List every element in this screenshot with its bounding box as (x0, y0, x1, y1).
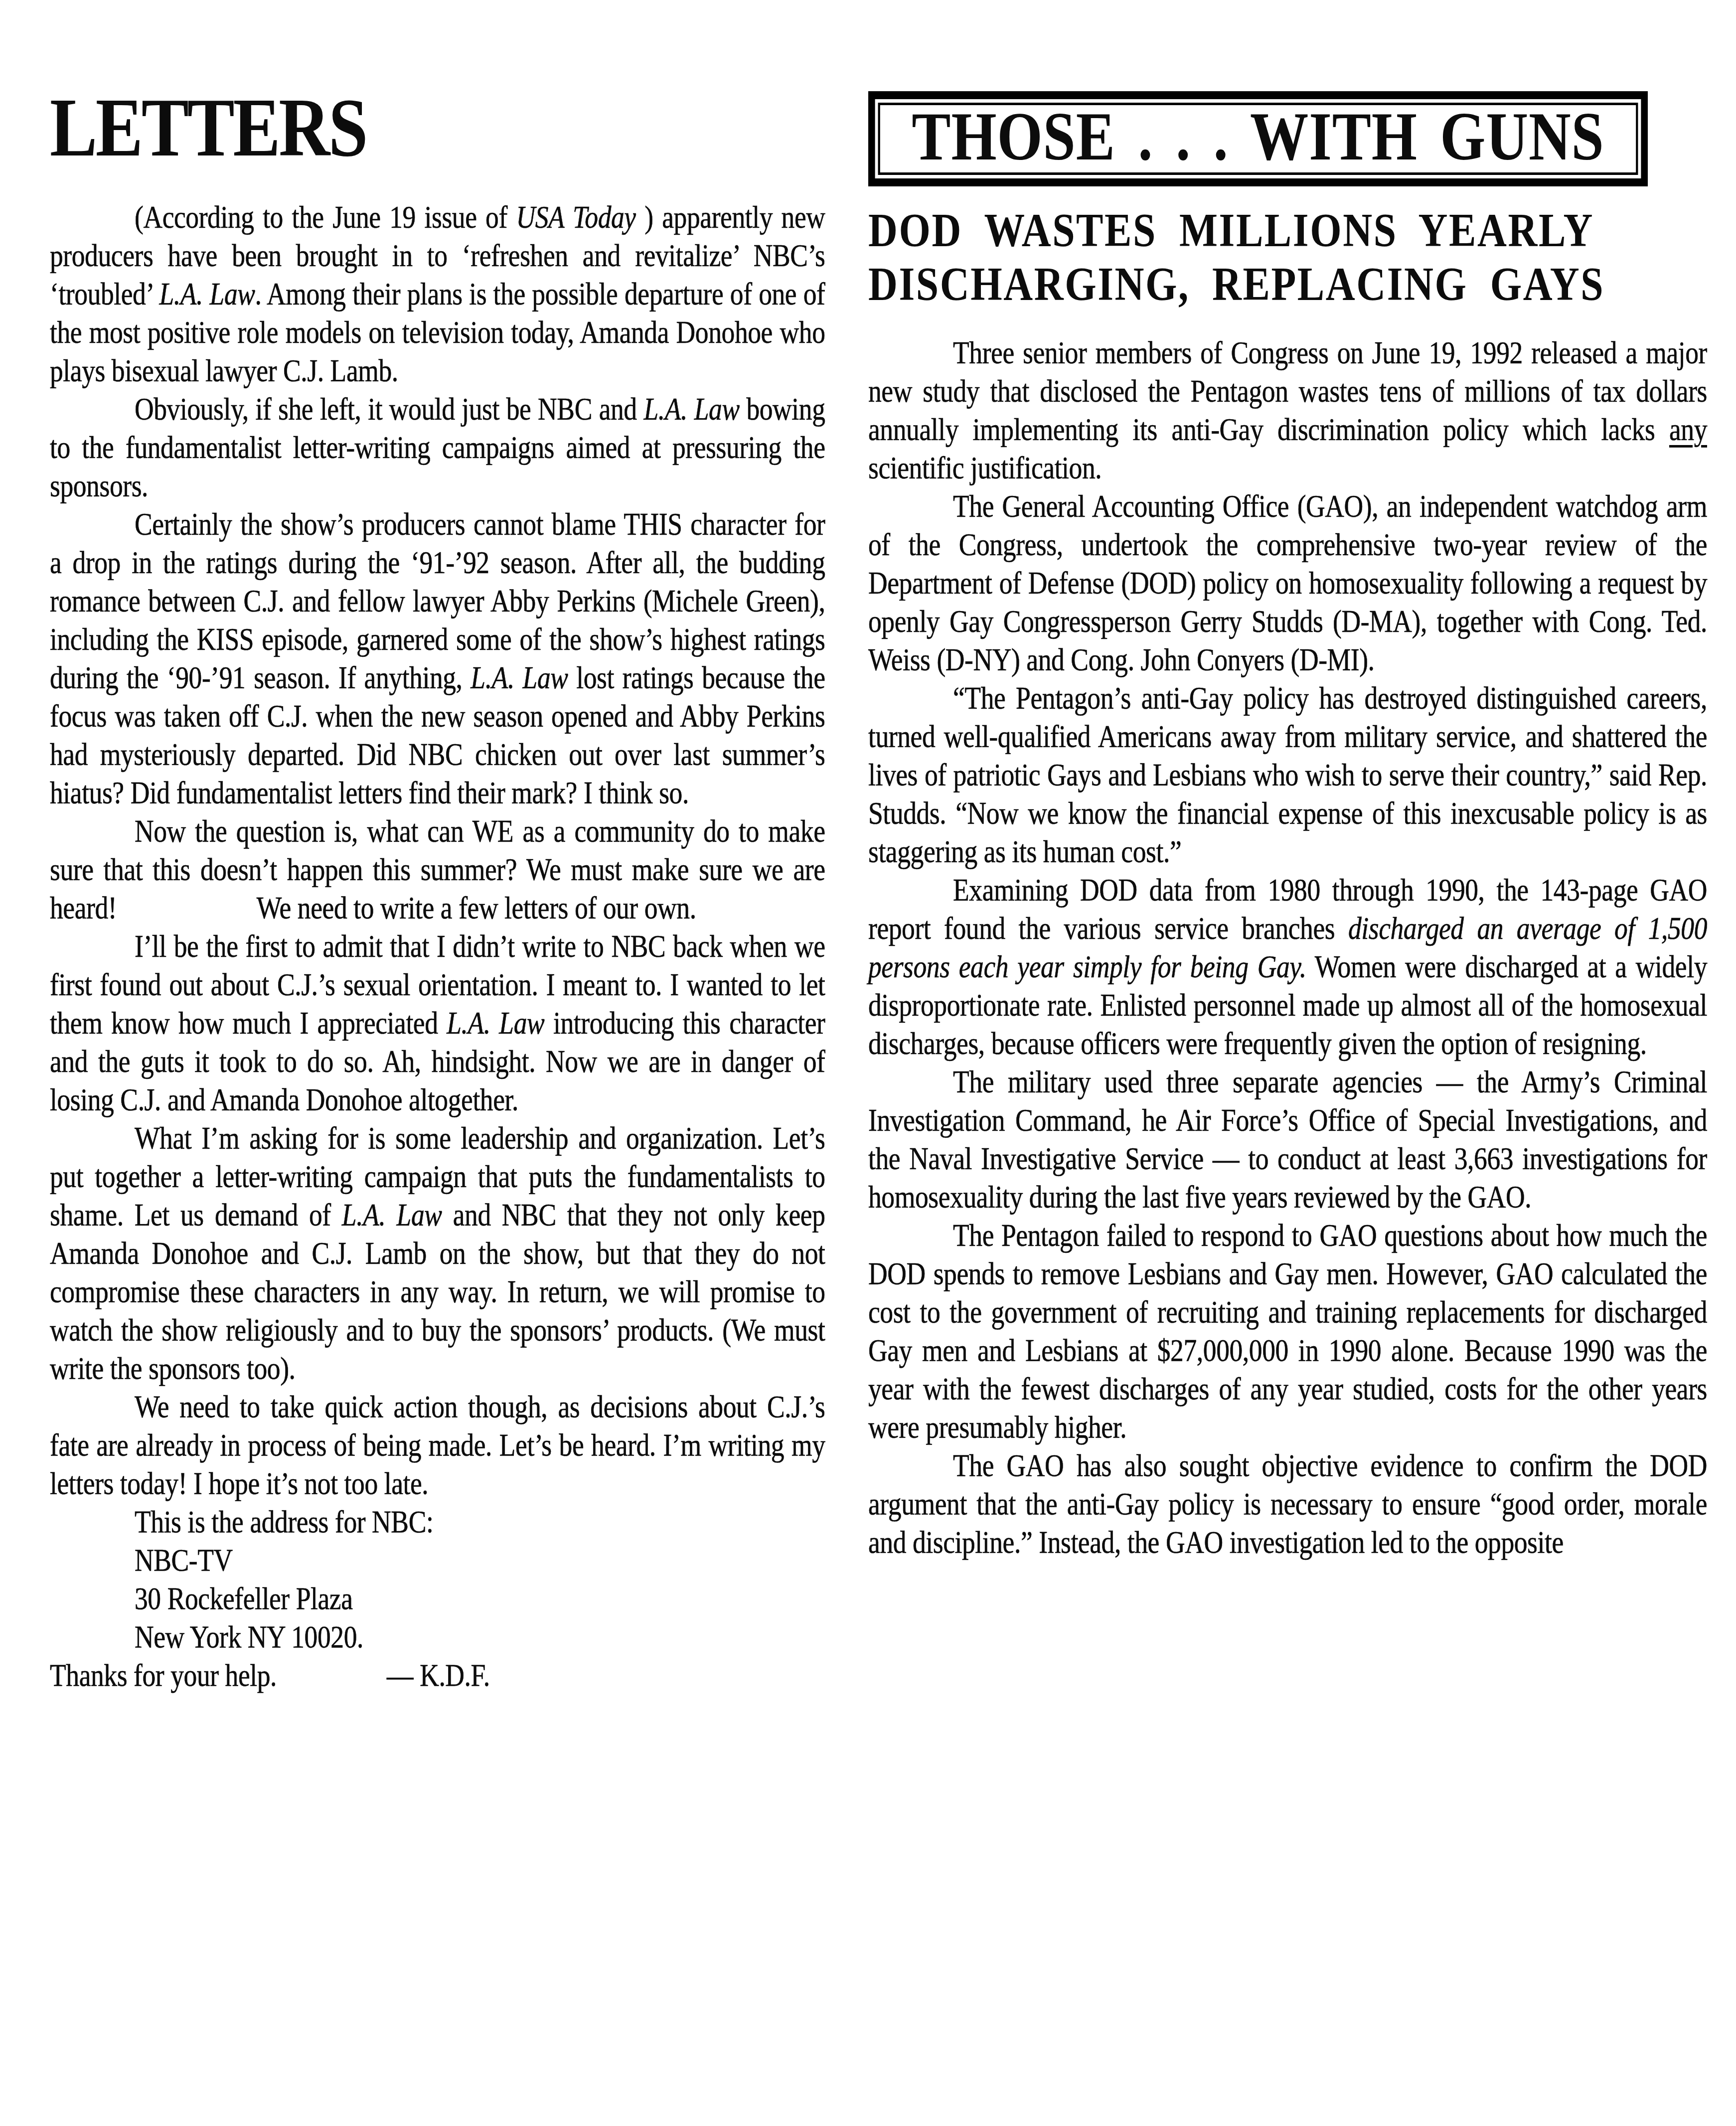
paragraph: The General Accounting Office (GAO), an … (868, 487, 1707, 679)
paragraph: Examining DOD data from 1980 through 199… (868, 871, 1707, 1063)
paragraph: I’ll be the first to admit that I didn’t… (50, 927, 825, 1119)
nbc-address-block: This is the address for NBC:NBC-TV30 Roc… (50, 1503, 825, 1657)
text-run: The Pentagon failed to respond to GAO qu… (868, 1218, 1707, 1445)
address-line: New York NY 10020. (50, 1618, 825, 1657)
newsletter-page: LETTERS (According to the June 19 issue … (0, 0, 1736, 2126)
article-title-box-inner: THOSE . . . WITH GUNS (878, 103, 1638, 175)
letters-body: (According to the June 19 issue of USA T… (50, 198, 825, 1503)
text-run: Obviously, if she left, it would just be… (135, 392, 643, 427)
paragraph: “The Pentagon’s anti-Gay policy has dest… (868, 679, 1707, 871)
text-run: The General Accounting Office (GAO), an … (868, 489, 1707, 677)
address-line: NBC-TV (50, 1541, 825, 1580)
text-run: We need to take quick action though, as … (50, 1389, 825, 1501)
closing-signature: — K.D.F. (387, 1658, 490, 1693)
paragraph: Now the question is, what can WE as a co… (50, 812, 825, 927)
text-run: “The Pentagon’s anti-Gay policy has dest… (868, 681, 1707, 869)
article-headline: DOD WASTES MILLIONS YEARLY DISCHARGING, … (868, 203, 1707, 311)
text-run: Three senior members of Congress on June… (868, 335, 1707, 447)
italic-run: L.A. Law (471, 660, 568, 695)
underlined-run: any (1669, 412, 1707, 447)
letters-section: LETTERS (According to the June 19 issue … (50, 75, 825, 1695)
headline-line-2: DISCHARGING, REPLACING GAYS (868, 257, 1707, 311)
text-run: scientific justification. (868, 451, 1102, 485)
paragraph: Obviously, if she left, it would just be… (50, 390, 825, 505)
italic-run: L.A. Law (643, 392, 739, 427)
paragraph: The military used three separate agencie… (868, 1063, 1707, 1216)
text-run: The GAO has also sought objective eviden… (868, 1448, 1707, 1560)
text-run: (According to the June 19 issue of (135, 200, 516, 235)
closing-thanks: Thanks for your help. (50, 1658, 277, 1693)
address-line: This is the address for NBC: (50, 1503, 825, 1541)
paragraph: Certainly the show’s producers cannot bl… (50, 505, 825, 812)
text-run: We need to write a few letters of our ow… (257, 891, 696, 925)
address-line: 30 Rockefeller Plaza (50, 1580, 825, 1618)
paragraph: (According to the June 19 issue of USA T… (50, 198, 825, 390)
closing-line: Thanks for your help.— K.D.F. (50, 1657, 825, 1695)
paragraph: What I’m asking for is some leadership a… (50, 1119, 825, 1388)
italic-run: L.A. Law (447, 1006, 544, 1041)
italic-run: L.A. Law (159, 277, 255, 311)
article-body: Three senior members of Congress on June… (868, 334, 1707, 1562)
guns-article-section: THOSE . . . WITH GUNS DOD WASTES MILLION… (868, 91, 1707, 1562)
italic-run: USA Today (516, 200, 635, 235)
paragraph: Three senior members of Congress on June… (868, 334, 1707, 487)
headline-line-1: DOD WASTES MILLIONS YEARLY (868, 203, 1707, 257)
paragraph: The Pentagon failed to respond to GAO qu… (868, 1216, 1707, 1447)
text-run: The military used three separate agencie… (868, 1064, 1707, 1215)
paragraph: We need to take quick action though, as … (50, 1388, 825, 1503)
article-title-box: THOSE . . . WITH GUNS (868, 91, 1648, 186)
letters-title: LETTERS (50, 86, 825, 169)
paragraph: The GAO has also sought objective eviden… (868, 1447, 1707, 1562)
italic-run: L.A. Law (342, 1198, 442, 1232)
article-title: THOSE . . . WITH GUNS (890, 108, 1626, 164)
